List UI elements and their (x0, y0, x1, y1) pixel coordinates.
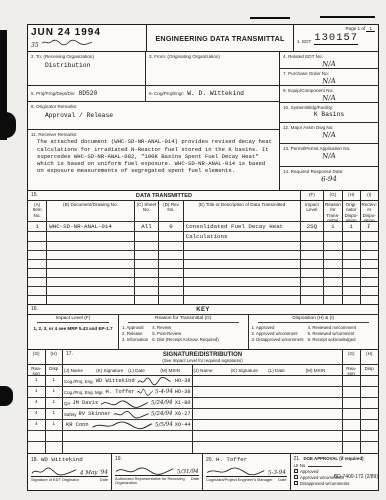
table-row-empty (28, 260, 378, 269)
table-row: 1 WHC-SD-NR-ANAL-014 All 0 Consolidated … (28, 222, 378, 232)
doe-option-approved: Approved (294, 469, 376, 474)
form-number: BD-7400-172 (2/89) (334, 474, 378, 480)
originator-remarks-value: Approval / Release (45, 112, 276, 119)
key-disposition: Disposition (H) & (I) 1. Approved 2. App… (249, 315, 379, 349)
major-assm-value: N/A (283, 129, 375, 140)
field-equip-component: 9. Equip/Component No: N/A (280, 86, 378, 103)
table-row: Calculations (28, 232, 378, 242)
field-system-bldg: 10. System/Bldg/Facility: K Basins (280, 103, 378, 123)
form-header: JUN 24 1994 35 ENGINEERING DATA TRANSMIT… (28, 25, 378, 52)
purchase-order-value: N/A (283, 75, 375, 86)
system-bldg-value: K Basins (283, 111, 375, 118)
approved-checkbox (294, 469, 299, 474)
stamp-date: JUN 24 1994 (31, 27, 143, 38)
info-right-column: 4. Related EDT No: N/A 7. Purchase Order… (280, 52, 378, 190)
key-header: 16. KEY (28, 305, 378, 315)
edt-form-page: JUN 24 1994 35 ENGINEERING DATA TRANSMIT… (27, 24, 379, 491)
doe-approval-block: 21. DOE APPROVAL (if required) Ltr No. A… (291, 454, 379, 490)
table-row-empty (28, 287, 378, 296)
data-transmitted-table: 15. DATA TRANSMITTED (F) (G) (H) (I) (A)… (28, 191, 378, 305)
signature-row-empty (28, 431, 378, 442)
handwriting-scribble (41, 38, 93, 47)
data-transmitted-header: 15. DATA TRANSMITTED (F) (G) (H) (I) (28, 191, 378, 201)
edt-number-block: Page 1 of 1 1. EDT 130157 (294, 25, 378, 51)
table-row-empty (28, 278, 378, 287)
response-date-value: 6-94 (283, 173, 375, 184)
document-number: WHC-SD-NR-ANAL-014 (47, 222, 135, 231)
stamp-handwriting: 35 (31, 38, 143, 49)
field-receiver-remarks: 11. Receiver Remarks: The attached docum… (28, 130, 279, 190)
permit-value: N/A (283, 150, 375, 161)
field-originator-remarks: 8. Originator Remarks: Approval / Releas… (28, 102, 279, 130)
approval-blocks: 18. WD Wittekind 4 May '94 Signature of … (28, 454, 378, 490)
signature-scribble (31, 467, 77, 476)
table-row-empty (28, 296, 378, 304)
field-major-assm: 12. Major Assm Dwg No: N/A (280, 123, 378, 144)
signature-row: 4 1 Safety RV Skinner 5/24/94 X6-27 (28, 409, 378, 420)
receiving-org-signature-block: 19. 5/31/94 Authorized Representative fo… (112, 454, 203, 490)
signature-scribble (206, 467, 265, 476)
originator-signature-block: 18. WD Wittekind 4 May '94 Signature of … (28, 454, 112, 490)
signature-scribble (113, 410, 150, 419)
field-permit: 13. Permit/Permit Application No. N/A (280, 144, 378, 167)
to-value: Distribution (45, 62, 142, 69)
related-edt-value: N/A (283, 58, 375, 69)
scan-dash-artifact (320, 16, 375, 18)
signature-scribble (115, 466, 174, 475)
approved-wcomments-checkbox (294, 475, 299, 480)
table-row-empty (28, 242, 378, 251)
receiver-remarks-value: The attached document (WHC-SD-NR-ANAL-01… (37, 138, 274, 174)
key-reason: Reason for Transmittal (G) 1. Approval 2… (119, 315, 249, 349)
disapproved-wcomments-checkbox (294, 481, 299, 486)
proj-value: 8D520 (78, 90, 97, 97)
scan-blob-artifact (0, 112, 16, 138)
key-section: 16. KEY Impact Level (F) 1, 2, 3, or 4 s… (28, 305, 378, 350)
signature-header: (G) (H) 17. SIGNATURE/DISTRIBUTION (See … (28, 350, 378, 365)
ltr-no-line (308, 466, 342, 467)
cognizant-manager-signature-block: 20. H. Toffer 5-3-94 Cognizant/Project E… (203, 454, 291, 490)
table-row-empty (28, 269, 378, 278)
signature-row: 1 1 Cog./Proj. Eng. Mgr. H. Toffer 5-4-9… (28, 387, 378, 398)
signature-scribble (91, 421, 153, 430)
key-impact-level: Impact Level (F) 1, 2, 3, or 4 see MRP 5… (28, 315, 119, 349)
doe-option-disapproved-wcomments: Disapproved w/comments (294, 481, 376, 486)
scan-blob-artifact (0, 386, 13, 406)
field-response-date: 14. Required Response Date: 6-94 (280, 167, 378, 190)
signature-column-headers: Rea- son Disp (J) Name (K) Signature (L)… (28, 365, 378, 376)
field-purchase-order: 7. Purchase Order No: N/A (280, 69, 378, 86)
edt-number: 130157 (314, 32, 358, 45)
edt-number-line: 1. EDT 130157 (297, 32, 375, 45)
field-cog-engr: 6. Cog/Proj/Engr: W. D. Wittekind (146, 86, 279, 102)
signature-row: 4 1 KR Conn 5/5/94 XO-44 (28, 420, 378, 431)
signature-row-empty (28, 442, 378, 453)
info-left-column: 2. To: (Receiving Organization) Distribu… (28, 52, 280, 190)
field-proj: 5. Proj/Prog/Dept/Div: 8D520 (28, 86, 146, 102)
signature-row: 4 1 QA JM Davis 5/24/94 X1-80 (28, 398, 378, 409)
signature-scribble (137, 377, 171, 386)
signature-distribution-table: (G) (H) 17. SIGNATURE/DISTRIBUTION (See … (28, 350, 378, 454)
cog-engr-value: W. D. Wittekind (187, 90, 244, 97)
field-from: 3. From: (Originating Organization) (146, 52, 279, 86)
equip-component-value: N/A (283, 92, 375, 103)
page-indicator: Page 1 of 1 (297, 26, 375, 31)
field-to: 2. To: (Receiving Organization) Distribu… (28, 52, 146, 86)
signature-row: 1 1 Cog./Proj. Eng. WD Wittekind HO-38 (28, 376, 378, 387)
form-title: ENGINEERING DATA TRANSMITTAL (147, 25, 294, 51)
info-fields-region: 2. To: (Receiving Organization) Distribu… (28, 52, 378, 191)
field-related-edt: 4. Related EDT No: N/A (280, 52, 378, 69)
signature-scribble (137, 388, 153, 397)
data-transmitted-title: DATA TRANSMITTED (136, 193, 192, 199)
signature-scribble (100, 399, 149, 408)
table-row-empty (28, 251, 378, 260)
date-stamp: JUN 24 1994 35 (28, 25, 147, 51)
data-transmitted-column-headers: (A) Item No. (B) Document/Drawing No. (C… (28, 201, 378, 222)
scan-dash-artifact (250, 17, 290, 19)
